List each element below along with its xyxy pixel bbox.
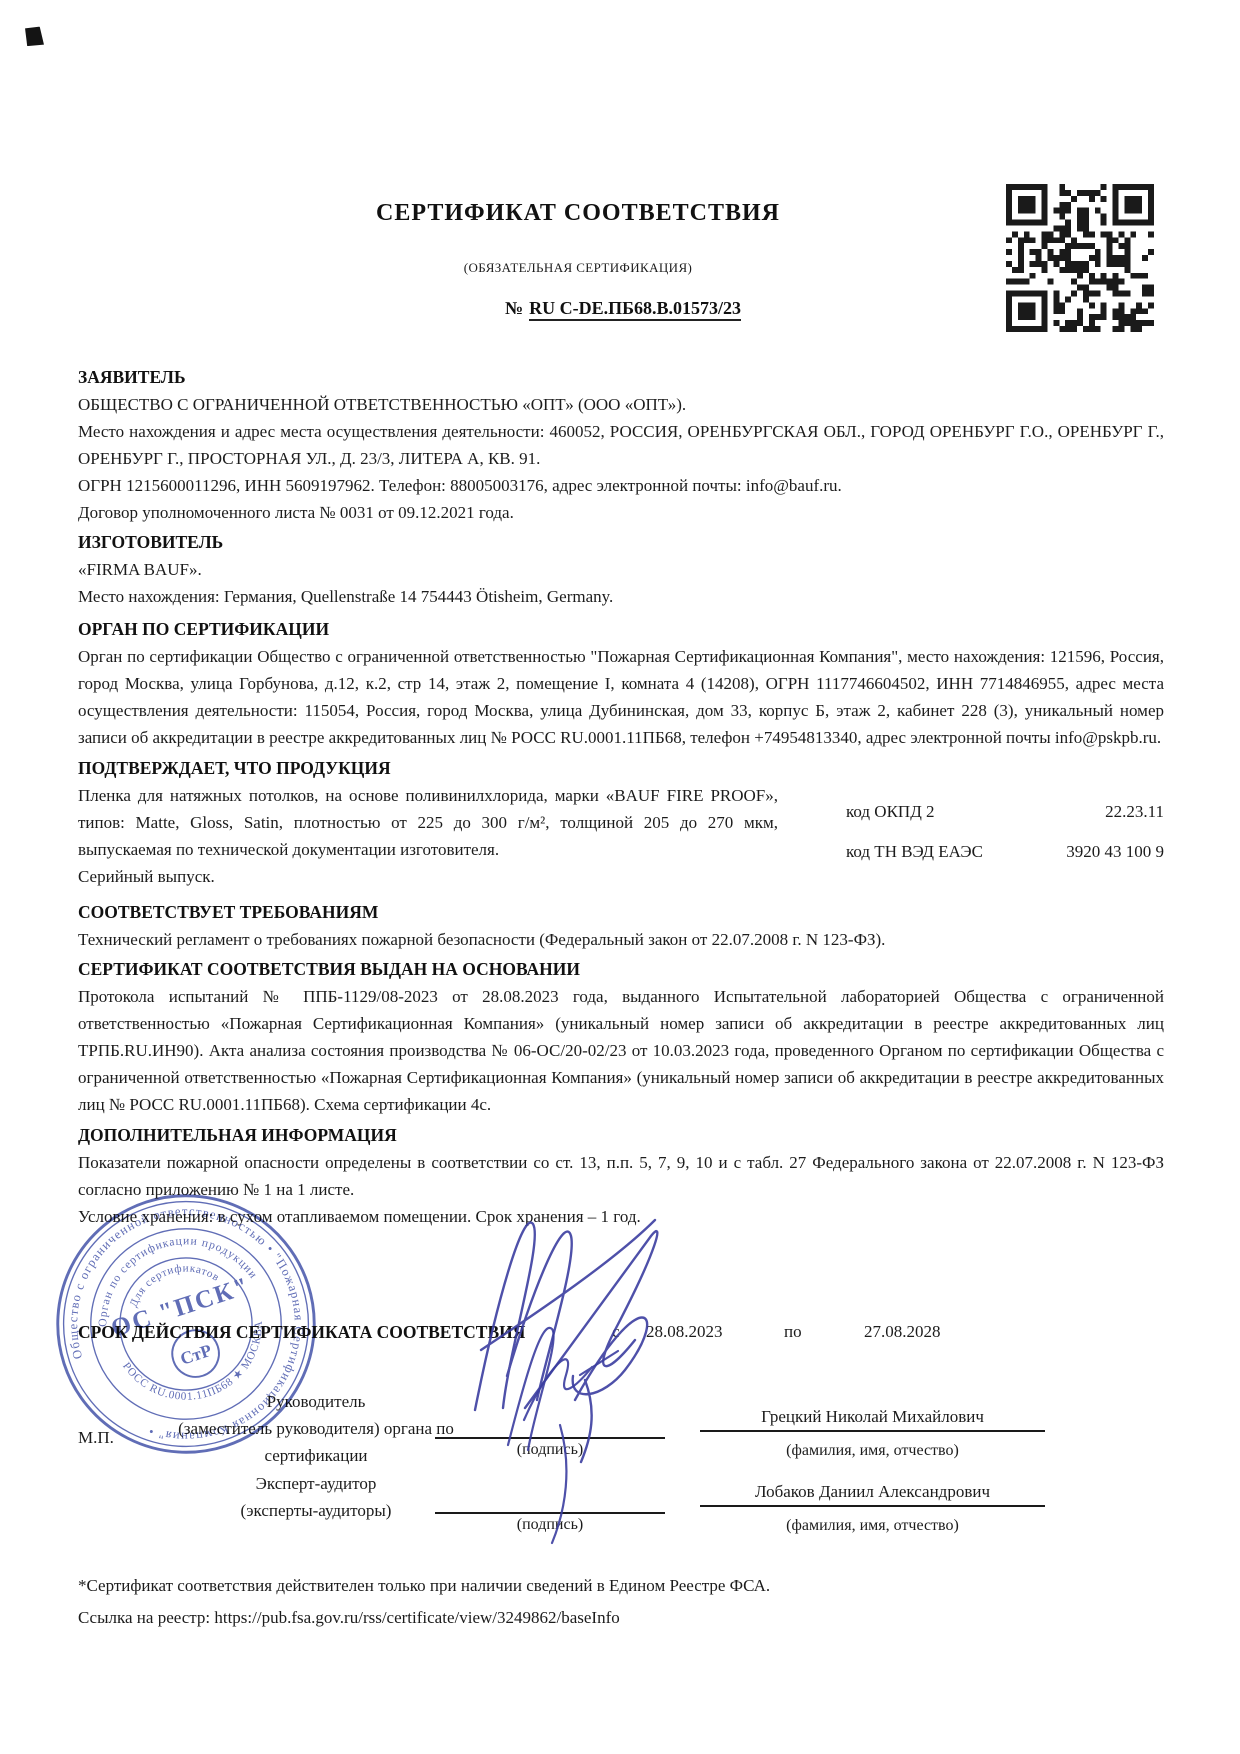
section-product: ПОДТВЕРЖДАЕТ, ЧТО ПРОДУКЦИЯ Пленка для н… [78,755,1164,890]
product-serial: Серийный выпуск. [78,863,778,890]
product-description: Пленка для натяжных потолков, на основе … [78,782,778,863]
basis-text: Протокола испытаний № ППБ-1129/08-2023 о… [78,983,1164,1118]
applicant-requisites: ОГРН 1215600011296, ИНН 5609197962. Теле… [78,472,1164,499]
section-applicant: ЗАЯВИТЕЛЬ ОБЩЕСТВО С ОГРАНИЧЕННОЙ ОТВЕТС… [78,364,1164,526]
certificate-page: СЕРТИФИКАТ СООТВЕТСТВИЯ (ОБЯЗАТЕЛЬНАЯ СЕ… [0,0,1240,1754]
basis-heading: СЕРТИФИКАТ СООТВЕТСТВИЯ ВЫДАН НА ОСНОВАН… [78,956,1164,983]
stamp-center-text: ОС "ПСК" [108,1272,254,1343]
product-codes: код ОКПД 2 22.23.11 код ТН ВЭД ЕАЭС 3920… [846,782,1164,890]
head-name-caption: (фамилия, имя, отчество) [700,1442,1045,1460]
certificate-body: ЗАЯВИТЕЛЬ ОБЩЕСТВО С ОГРАНИЧЕННОЙ ОТВЕТС… [78,364,1164,1230]
additional-info-heading: ДОПОЛНИТЕЛЬНАЯ ИНФОРМАЦИЯ [78,1122,1164,1149]
code-okpd-row: код ОКПД 2 22.23.11 [846,798,1164,825]
manufacturer-address: Место нахождения: Германия, Quellenstraß… [78,583,1164,610]
manufacturer-name: «FIRMA BAUF». [78,556,1164,583]
code-okpd-label: код ОКПД 2 [846,798,935,825]
applicant-address: Место нахождения и адрес места осуществл… [78,418,1164,472]
code-okpd-value: 22.23.11 [1105,798,1164,825]
code-tnved-label: код ТН ВЭД ЕАЭС [846,838,983,865]
code-tnved-value: 3920 43 100 9 [1066,838,1164,865]
scan-artifact [23,25,47,49]
footer-registry-link: Ссылка на реестр: https://pub.fsa.gov.ru… [78,1602,1164,1634]
code-tnved-row: код ТН ВЭД ЕАЭС 3920 43 100 9 [846,838,1164,865]
certificate-header: СЕРТИФИКАТ СООТВЕТСТВИЯ (ОБЯЗАТЕЛЬНАЯ СЕ… [78,200,1078,319]
section-manufacturer: ИЗГОТОВИТЕЛЬ «FIRMA BAUF». Место нахожде… [78,529,1164,610]
requirements-heading: СООТВЕТСТВУЕТ ТРЕБОВАНИЯМ [78,899,1164,926]
expert-name-caption: (фамилия, имя, отчество) [700,1517,1045,1535]
page-title: СЕРТИФИКАТ СООТВЕТСТВИЯ [78,200,1078,227]
certification-body-text: Орган по сертификации Общество с огранич… [78,643,1164,751]
validity-to-label: по [784,1322,802,1342]
page-subtitle: (ОБЯЗАТЕЛЬНАЯ СЕРТИФИКАЦИЯ) [78,260,1078,276]
requirements-text: Технический регламент о требованиях пожа… [78,926,1164,953]
certificate-footer: *Сертификат соответствия действителен то… [78,1570,1164,1634]
certification-body-heading: ОРГАН ПО СЕРТИФИКАЦИИ [78,616,1164,643]
head-name: Грецкий Николай Михайлович [700,1407,1045,1432]
certificate-number-value: RU C-DE.ПБ68.B.01573/23 [529,298,741,321]
footer-note: *Сертификат соответствия действителен то… [78,1570,1164,1602]
expert-signature-ink [468,1295,638,1555]
applicant-name: ОБЩЕСТВО С ОГРАНИЧЕННОЙ ОТВЕТСТВЕННОСТЬЮ… [78,391,1164,418]
expert-name: Лобаков Даниил Александрович [700,1482,1045,1507]
section-basis: СЕРТИФИКАТ СООТВЕТСТВИЯ ВЫДАН НА ОСНОВАН… [78,956,1164,1118]
product-heading: ПОДТВЕРЖДАЕТ, ЧТО ПРОДУКЦИЯ [78,755,1164,782]
stamp-monogram: СтР [178,1340,215,1369]
manufacturer-heading: ИЗГОТОВИТЕЛЬ [78,529,1164,556]
section-requirements: СООТВЕТСТВУЕТ ТРЕБОВАНИЯМ Технический ре… [78,899,1164,953]
section-certification-body: ОРГАН ПО СЕРТИФИКАЦИИ Орган по сертифика… [78,616,1164,751]
certificate-number-prefix: № [505,298,523,318]
certification-stamp: Общество с ограниченной ответственностью… [50,1188,322,1460]
applicant-contract: Договор уполномоченного листа № 0031 от … [78,499,1164,526]
certificate-number: №RU C-DE.ПБ68.B.01573/23 [168,298,1078,319]
applicant-heading: ЗАЯВИТЕЛЬ [78,364,1164,391]
validity-to-date: 27.08.2028 [864,1322,941,1342]
